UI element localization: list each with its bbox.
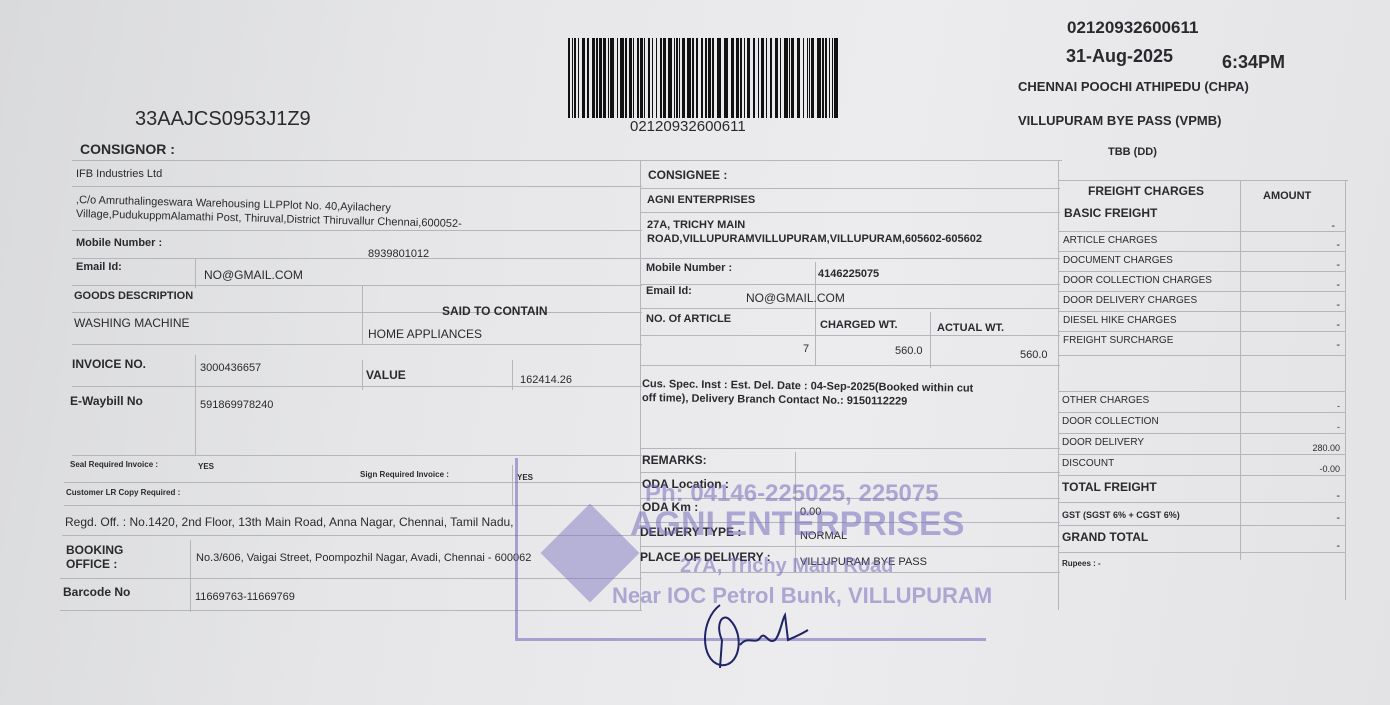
seal-required-label: Seal Required Invoice : [70, 460, 158, 469]
consignee-email: NO@GMAIL.COM [746, 291, 845, 305]
consignee-address-line1: 27A, TRICHY MAIN [647, 219, 745, 231]
other-charge-value: -0.00 [1260, 464, 1340, 474]
booking-time: 6:34PM [1222, 52, 1285, 73]
goods-description-label: GOODS DESCRIPTION [74, 290, 193, 302]
total-freight-label: TOTAL FREIGHT [1062, 480, 1157, 494]
basic-freight-label: BASIC FREIGHT [1064, 206, 1157, 220]
consignor-name: IFB Industries Ltd [76, 168, 162, 180]
registered-office: Regd. Off. : No.1420, 2nd Floor, 13th Ma… [65, 515, 514, 529]
charged-weight-label: CHARGED WT. [820, 319, 898, 331]
goods-description: WASHING MACHINE [74, 316, 190, 330]
other-charge-value: - [1260, 401, 1340, 411]
destination-branch: VILLUPURAM BYE PASS (VPMB) [1018, 113, 1221, 128]
consignee-name: AGNI ENTERPRISES [647, 194, 755, 206]
consignee-mobile: 4146225075 [818, 268, 879, 280]
other-charge-value: - [1260, 422, 1340, 432]
said-to-contain-label: SAID TO CONTAIN [442, 304, 548, 318]
booking-date: 31-Aug-2025 [1066, 46, 1173, 67]
stamp-name: AGNI ENTERPRISES [630, 505, 964, 544]
consignor-mobile: 8939801012 [368, 248, 429, 260]
gstin-number: 33AAJCS0953J1Z9 [135, 108, 311, 131]
rupees-in-words: Rupees : - [1062, 559, 1101, 568]
special-instructions-line2: off time), Delivery Branch Contact No.: … [642, 392, 907, 408]
consignee-mobile-label: Mobile Number : [646, 262, 732, 274]
consignee-label: CONSIGNEE : [648, 168, 727, 182]
lr-document: 02120932600611 31-Aug-2025 6:34PM CHENNA… [0, 0, 1390, 705]
barcode-number: 02120932600611 [630, 118, 746, 135]
said-to-contain: HOME APPLIANCES [368, 327, 482, 341]
payment-mode: TBB (DD) [1108, 146, 1157, 158]
actual-weight: 560.0 [1020, 349, 1048, 361]
consignor-label: CONSIGNOR : [80, 141, 175, 157]
invoice-value: 162414.26 [520, 374, 572, 386]
barcode [568, 38, 840, 118]
signature [700, 600, 820, 670]
origin-branch: CHENNAI POOCHI ATHIPEDU (CHPA) [1018, 79, 1249, 94]
actual-weight-label: ACTUAL WT. [937, 322, 1004, 334]
invoice-label: INVOICE NO. [72, 357, 146, 371]
consignee-address-line2: ROAD,VILLUPURAMVILLUPURAM,VILLUPURAM,605… [647, 233, 982, 245]
grand-total-label: GRAND TOTAL [1062, 530, 1148, 544]
consignor-mobile-label: Mobile Number : [76, 237, 162, 249]
charge-value: - [1260, 319, 1340, 331]
charge-value: - [1260, 239, 1340, 251]
charge-value: - [1260, 339, 1340, 351]
charge-value: - [1260, 299, 1340, 311]
ewaybill-label: E-Waybill No [70, 394, 143, 408]
charge-label: DIESEL HIKE CHARGES [1063, 315, 1177, 326]
ewaybill-number: 591869978240 [200, 399, 273, 411]
charge-label: FREIGHT SURCHARGE [1063, 335, 1173, 346]
other-charge-label: DOOR COLLECTION [1062, 416, 1159, 427]
seal-required-value: YES [198, 462, 214, 471]
consignor-email-label: Email Id: [76, 261, 122, 273]
barcode-range-label: Barcode No [63, 585, 130, 599]
gst-label: GST (SGST 6% + CGST 6%) [1062, 510, 1180, 520]
booking-office-address: No.3/606, Vaigai Street, Poompozhil Naga… [196, 552, 531, 564]
charge-label: DOOR COLLECTION CHARGES [1063, 275, 1212, 286]
charge-label: DOOR DELIVERY CHARGES [1063, 295, 1197, 306]
barcode-range: 11669763-11669769 [195, 591, 295, 603]
amount-header: AMOUNT [1263, 190, 1311, 202]
charged-weight: 560.0 [895, 345, 923, 357]
other-charge-label: OTHER CHARGES [1062, 395, 1149, 406]
article-count: 7 [803, 343, 809, 355]
booking-office-label-1: BOOKING [66, 543, 123, 557]
invoice-number: 3000436657 [200, 362, 261, 374]
lr-copy-required-label: Customer LR Copy Required : [66, 488, 180, 497]
sign-required-label: Sign Required Invoice : [360, 470, 449, 479]
other-charge-label: DOOR DELIVERY [1062, 437, 1144, 448]
freight-charges-header: FREIGHT CHARGES [1088, 184, 1204, 198]
grand-total-value: - [1260, 540, 1340, 552]
booking-office-label-2: OFFICE : [66, 557, 117, 571]
other-charge-value: 280.00 [1260, 443, 1340, 453]
consignee-email-label: Email Id: [646, 285, 692, 297]
charge-value: - [1260, 279, 1340, 291]
article-count-label: NO. Of ARTICLE [646, 313, 731, 325]
docket-number: 02120932600611 [1067, 18, 1198, 38]
gst-value: - [1260, 512, 1340, 524]
stamp-address: 27A, Trichy Main Road [680, 555, 893, 578]
stamp-phone: Ph: 04146-225025, 225075 [645, 480, 939, 508]
value-label: VALUE [366, 368, 406, 382]
consignor-address-line2: Village,PudukuppmAlamathi Post, Thiruval… [76, 208, 462, 230]
other-charge-label: DISCOUNT [1062, 458, 1114, 469]
charge-label: ARTICLE CHARGES [1063, 235, 1157, 246]
charge-label: DOCUMENT CHARGES [1063, 255, 1173, 266]
consignor-email: NO@GMAIL.COM [204, 268, 303, 282]
charge-value: - [1260, 259, 1340, 271]
total-freight-value: - [1260, 490, 1340, 502]
